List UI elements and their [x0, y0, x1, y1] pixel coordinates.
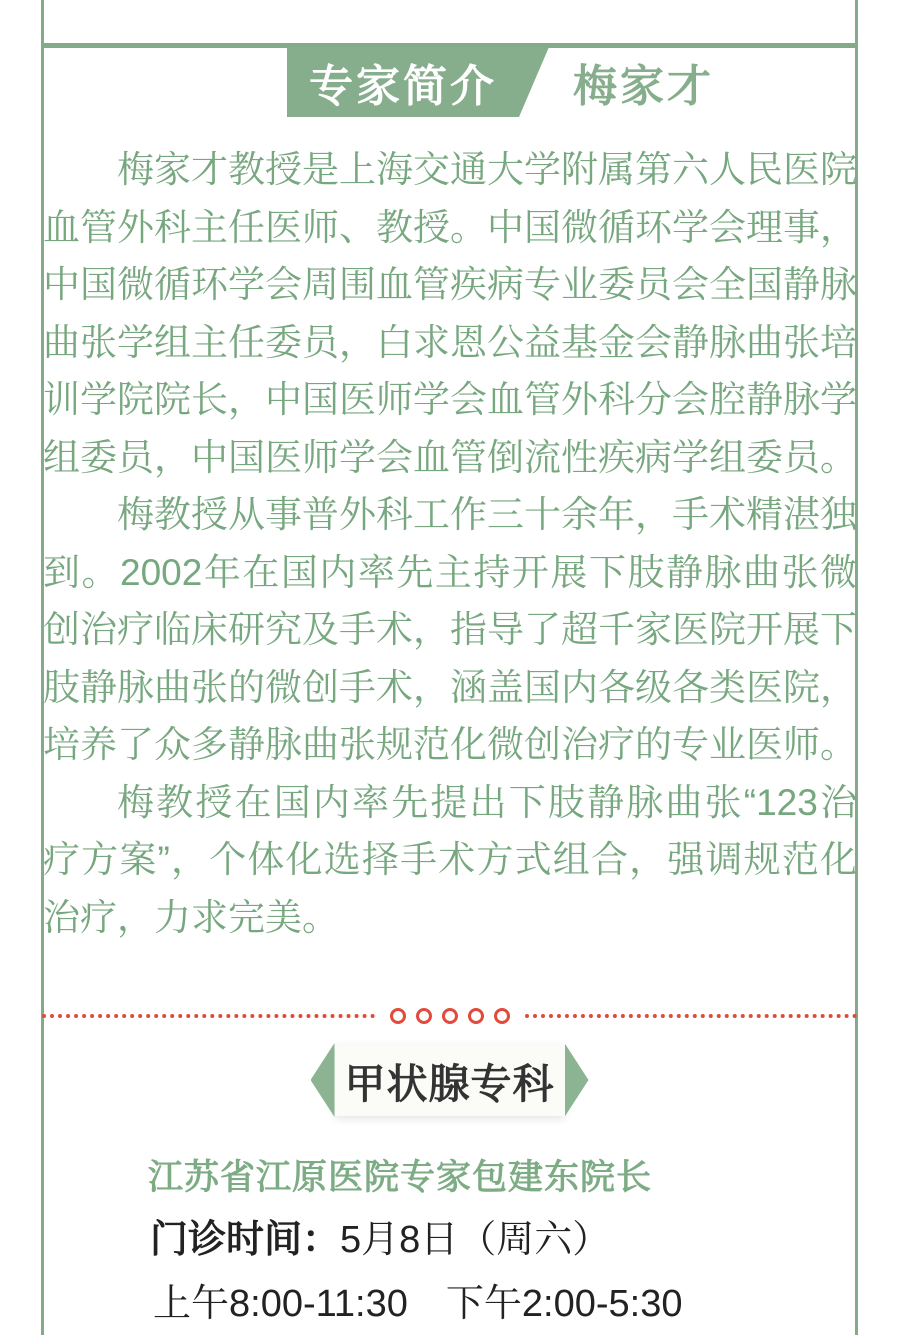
section-divider: [42, 1004, 857, 1028]
expert-name: 梅家才: [573, 50, 714, 114]
specialty-banner: 甲状腺专科: [42, 1043, 857, 1117]
morning-hours: 上午8:00-11:30: [153, 1272, 408, 1327]
specialty-banner-box: 甲状腺专科: [335, 1044, 565, 1116]
bio-paragraph-3: 梅教授在国内率先提出下肢静脉曲张“123治疗方案”，个体化选择手术方式组合，强调…: [43, 774, 857, 947]
schedule-date: 5月8日（周六）: [340, 1219, 610, 1261]
expert-intro-header: 专家简介 梅家才: [287, 47, 714, 117]
bio-paragraph-1: 梅家才教授是上海交通大学附属第六人民医院血管外科主任医师、教授。中国微循环学会理…: [43, 141, 857, 486]
dotted-line-right: [525, 1014, 858, 1018]
schedule-label: 门诊时间：: [150, 1219, 340, 1261]
divider-rings: [375, 1008, 525, 1024]
ring-icon: [390, 1008, 406, 1024]
expert-intro-badge: 专家简介: [287, 47, 549, 117]
ring-icon: [468, 1008, 484, 1024]
arrow-right-icon: [565, 1043, 589, 1117]
article-page: 专家简介 梅家才 梅家才教授是上海交通大学附属第六人民医院血管外科主任医师、教授…: [0, 0, 900, 1335]
ring-icon: [442, 1008, 458, 1024]
dotted-line-left: [42, 1014, 375, 1018]
afternoon-hours: 下午2:00-5:30: [446, 1272, 683, 1327]
specialty-banner-label: 甲状腺专科: [345, 1051, 555, 1110]
ring-icon: [494, 1008, 510, 1024]
arrow-left-icon: [311, 1043, 335, 1117]
bio-paragraph-2: 梅教授从事普外科工作三十余年，手术精湛独到。2002年在国内率先主持开展下肢静脉…: [43, 486, 857, 774]
badge-label: 专家简介: [309, 50, 497, 114]
clinic-hours: 上午8:00-11:30 下午2:00-5:30: [153, 1272, 682, 1327]
clinic-schedule: 门诊时间：5月8日（周六）: [150, 1208, 610, 1263]
ring-icon: [416, 1008, 432, 1024]
clinic-expert-heading: 江苏省江原医院专家包建东院长: [148, 1150, 652, 1200]
expert-bio: 梅家才教授是上海交通大学附属第六人民医院血管外科主任医师、教授。中国微循环学会理…: [43, 141, 857, 946]
